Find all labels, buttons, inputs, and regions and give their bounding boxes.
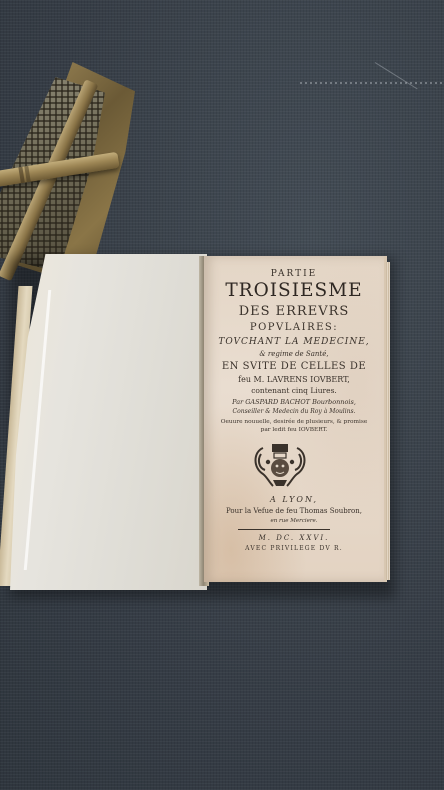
imprint-street: en rue Merciere. (204, 519, 384, 525)
open-book: PARTIE TROISIESME DES ERREVRS POPVLAIRES… (0, 0, 444, 790)
imprint-city: A LYON, (204, 496, 384, 504)
title-des-erreurs: DES ERREVRS (204, 305, 384, 318)
work-note-continued: par ledit feu IOVBERT. (204, 428, 384, 434)
imprint-rule (238, 529, 330, 530)
subtitle-feu-joubert: feu M. LAVRENS IOVBERT, (204, 376, 384, 384)
title-partie: PARTIE (204, 270, 384, 279)
author-line: Par GASPARD BACHOT Bourbonnois, (204, 399, 384, 406)
subtitle-touchant: TOVCHANT LA MEDECINE, (204, 338, 384, 347)
subtitle-contenant: contenant cinq Liures. (204, 387, 384, 395)
printer-mark-icon (251, 440, 309, 490)
title-troisiesme: TROISIESME (204, 282, 384, 301)
imprint-printer: Pour la Vefue de feu Thomas Soubron, (204, 508, 384, 515)
imprint-date: M. DC. XXVI. (204, 535, 384, 542)
page-stack-edge (386, 262, 390, 580)
work-note: Oeuure nouuelle, desirée de plusieurs, &… (204, 420, 384, 426)
subtitle-regime: & regime de Santé, (204, 351, 384, 358)
author-title: Conseiller & Medecin du Roy à Moulins. (204, 409, 384, 415)
title-page: PARTIE TROISIESME DES ERREVRS POPVLAIRES… (204, 256, 387, 582)
subtitle-en-suite: EN SVITE DE CELLES DE (204, 362, 384, 372)
imprint-privilege: AVEC PRIVILEGE DV R. (204, 546, 384, 552)
title-populaires: POPVLAIRES: (204, 323, 384, 333)
